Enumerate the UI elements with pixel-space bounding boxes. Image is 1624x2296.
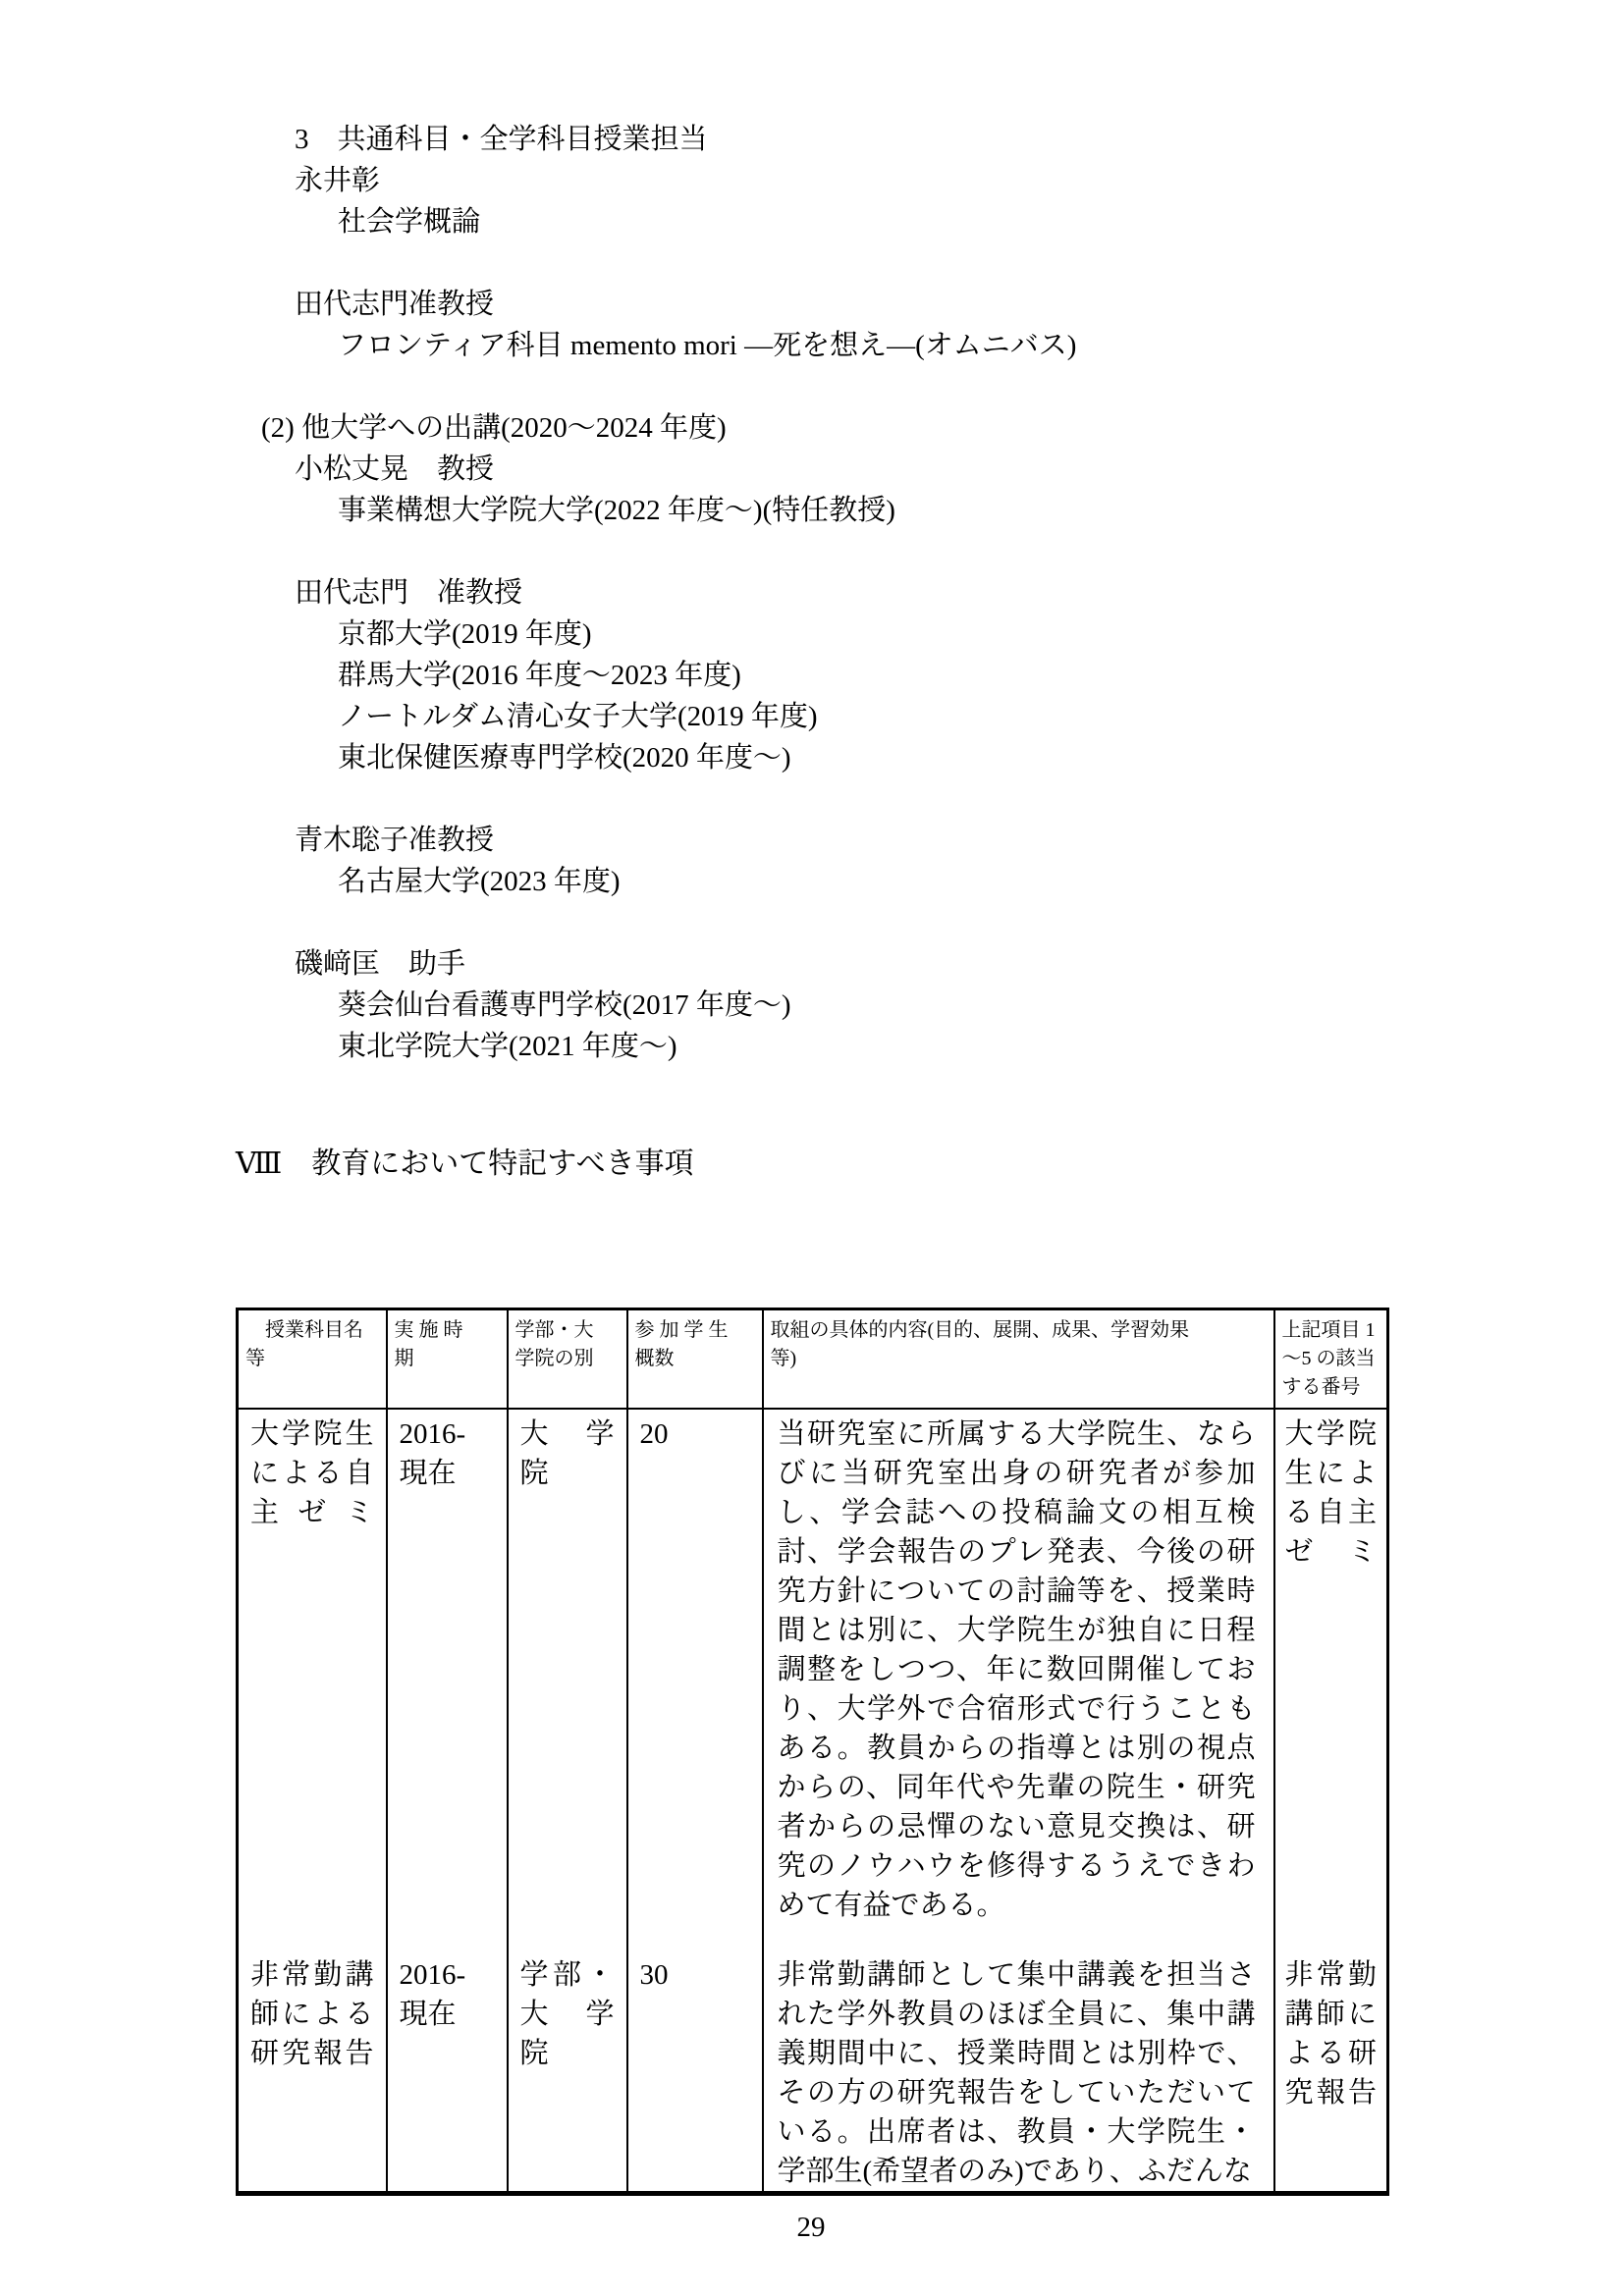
cell-item-reference: 大学院 生によ る自主 ゼミ — [1274, 1409, 1388, 1950]
cell-period: 2016- 現在 — [387, 1950, 508, 2194]
header-subject-name: 授業科目名 等 — [238, 1309, 387, 1410]
intro-text-block: 3 共通科目・全学科目授業担当 永井彰 社会学概論 田代志門准教授 フロンティア… — [0, 0, 1624, 1067]
lecturer-isozaki: 磯﨑匡 助手 — [0, 943, 1624, 985]
document-page: 3 共通科目・全学科目授業担当 永井彰 社会学概論 田代志門准教授 フロンティア… — [0, 0, 1624, 2296]
header-student-count: 参 加 学 生 概数 — [627, 1309, 763, 1410]
cell-students: 30 — [627, 1950, 763, 2194]
table-row: 大学院生 による自 主ゼミ 2016- 現在 大学 院 20 当研究室に所属する… — [238, 1409, 1388, 1950]
cell-division: 大学 院 — [508, 1409, 627, 1950]
item-aoikai: 葵会仙台看護専門学校(2017 年度〜) — [0, 985, 1624, 1026]
lecturer-tashiro-2: 田代志門 准教授 — [0, 572, 1624, 614]
cell-details: 当研究室に所属する大学院生、ならびに当研究室出身の研究者が参加し、学会誌への投稿… — [763, 1409, 1274, 1950]
section3-title: 3 共通科目・全学科目授業担当 — [0, 119, 1624, 160]
header-division: 学部・大 学院の別 — [508, 1309, 627, 1410]
table-row: 非常勤講 師による 研究報告 2016- 現在 学部・ 大学 院 30 非常勤講… — [238, 1950, 1388, 2194]
lecturer-aoki: 青木聡子准教授 — [0, 820, 1624, 861]
header-details: 取組の具体的内容(目的、展開、成果、学習効果 等) — [763, 1309, 1274, 1410]
item-notredame: ノートルダム清心女子大学(2019 年度) — [0, 696, 1624, 737]
page-number: 29 — [236, 2208, 1386, 2247]
cell-division: 学部・ 大学 院 — [508, 1950, 627, 2194]
table-header-row: 授業科目名 等 実 施 時 期 学部・大 学院の別 参 加 学 生 概数 取組の… — [238, 1309, 1388, 1410]
header-period: 実 施 時 期 — [387, 1309, 508, 1410]
lecturer-komatsu: 小松丈晃 教授 — [0, 449, 1624, 490]
header-item-reference: 上記項目 1 〜5 の該当 する番号 — [1274, 1309, 1388, 1410]
item-tohoku-hoken: 東北保健医療専門学校(2020 年度〜) — [0, 737, 1624, 778]
item-nagoya: 名古屋大学(2023 年度) — [0, 861, 1624, 902]
cell-item-reference: 非常勤 講師に よる研 究報告 — [1274, 1950, 1388, 2194]
item-tohoku-gakuin: 東北学院大学(2021 年度〜) — [0, 1026, 1624, 1067]
cell-subject: 大学院生 による自 主ゼミ — [238, 1409, 387, 1950]
cell-details: 非常勤講師として集中講義を担当された学外教員のほぼ全員に、集中講義期間中に、授業… — [763, 1950, 1274, 2194]
education-activities-table: 授業科目名 等 実 施 時 期 学部・大 学院の別 参 加 学 生 概数 取組の… — [236, 1308, 1389, 2196]
item-kyoto: 京都大学(2019 年度) — [0, 614, 1624, 655]
cell-subject: 非常勤講 師による 研究報告 — [238, 1950, 387, 2194]
cell-period: 2016- 現在 — [387, 1409, 508, 1950]
cell-students: 20 — [627, 1409, 763, 1950]
lecturer-nagai: 永井彰 — [0, 160, 1624, 201]
course-shakaigaku: 社会学概論 — [0, 201, 1624, 242]
item-jigyokoso: 事業構想大学院大学(2022 年度〜)(特任教授) — [0, 490, 1624, 531]
section-viii-heading: Ⅷ 教育において特記すべき事項 — [0, 1144, 1624, 1185]
section2-title: (2) 他大学への出講(2020〜2024 年度) — [0, 407, 1624, 449]
lecturer-tashiro-1: 田代志門准教授 — [0, 284, 1624, 325]
item-gunma: 群馬大学(2016 年度〜2023 年度) — [0, 655, 1624, 696]
course-frontier: フロンティア科目 memento mori ―死を想え―(オムニバス) — [0, 325, 1624, 366]
